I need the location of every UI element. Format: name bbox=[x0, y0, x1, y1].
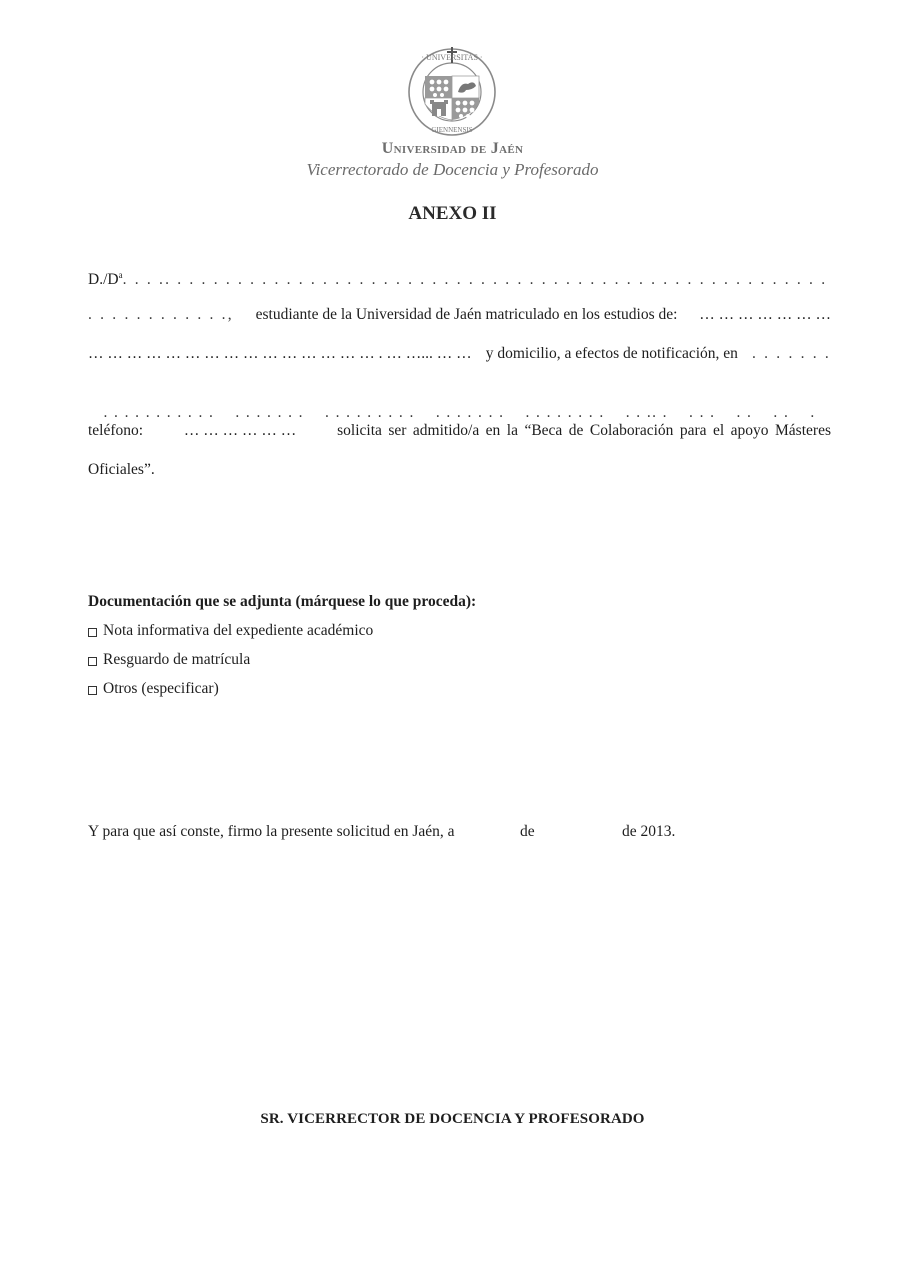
phone-label: teléfono: bbox=[88, 421, 143, 441]
doc-item-academic-record[interactable]: Nota informativa del expediente académic… bbox=[88, 622, 373, 640]
department-name: Vicerrectorado de Docencia y Profesorado bbox=[0, 160, 905, 180]
studies-label: estudiante de la Universidad de Jaén mat… bbox=[256, 305, 678, 325]
studies-field[interactable]: … … … … … … … bbox=[699, 305, 831, 325]
checkbox[interactable] bbox=[88, 686, 97, 695]
form-line-phone: teléfono: … … … … … … solicita ser admit… bbox=[88, 421, 831, 441]
address-field-continued[interactable]: . . . . . . . . . . . . . . . . . . . . … bbox=[104, 403, 832, 423]
signature-de: de bbox=[520, 823, 535, 841]
name-field[interactable]: . . . .. . . . . . . . . . . . . . . . .… bbox=[123, 270, 831, 290]
month-field[interactable] bbox=[543, 823, 618, 841]
request-text-end: Oficiales”. bbox=[88, 461, 155, 478]
form-line-end: Oficiales”. bbox=[88, 460, 831, 480]
day-field[interactable] bbox=[488, 823, 516, 841]
phone-field[interactable]: … … … … … … bbox=[184, 421, 296, 441]
doc-item-enrollment-receipt[interactable]: Resguardo de matrícula bbox=[88, 651, 250, 669]
dni-field-continued[interactable]: . . . . . . . . . . . ., bbox=[88, 305, 234, 325]
documentation-heading: Documentación que se adjunta (márquese l… bbox=[88, 593, 476, 611]
recipient: SR. VICERRECTOR DE DOCENCIA Y PROFESORAD… bbox=[0, 1111, 905, 1128]
svg-text:· UNIVERSITAS ·: · UNIVERSITAS · bbox=[421, 53, 482, 62]
address-label: y domicilio, a efectos de notificación, … bbox=[486, 344, 738, 364]
studies-field-continued[interactable]: … … … … … … … … … … … … … … … . … …... …… bbox=[88, 344, 472, 364]
signature-year: de 2013. bbox=[622, 823, 675, 841]
doc-item-label: Otros (especificar) bbox=[103, 680, 219, 698]
page-title: ANEXO II bbox=[0, 203, 905, 225]
name-prefix: D./D bbox=[88, 271, 119, 288]
university-name: Universidad de Jaén bbox=[0, 140, 905, 158]
checkbox[interactable] bbox=[88, 628, 97, 637]
form-line-address: … … … … … … … … … … … … … … … . … …... …… bbox=[88, 344, 831, 364]
university-seal-icon: · UNIVERSITAS · GIENNENSIS bbox=[406, 46, 498, 138]
checkbox[interactable] bbox=[88, 657, 97, 666]
form-line-studies: . . . . . . . . . . . ., estudiante de l… bbox=[88, 305, 831, 325]
signature-text: Y para que así conste, firmo la presente… bbox=[88, 823, 455, 841]
doc-item-label: Nota informativa del expediente académic… bbox=[103, 622, 373, 640]
form-line-name: D./Da. . . .. . . . . . . . . . . . . . … bbox=[88, 265, 831, 290]
svg-text:GIENNENSIS: GIENNENSIS bbox=[431, 126, 472, 134]
request-text: solicita ser admitido/a en la “Beca de C… bbox=[337, 421, 831, 441]
document-page: · UNIVERSITAS · GIENNENSIS Universidad d… bbox=[0, 0, 905, 1280]
doc-item-others[interactable]: Otros (especificar) bbox=[88, 680, 219, 698]
address-field[interactable]: . . . . . . . bbox=[752, 344, 831, 364]
doc-item-label: Resguardo de matrícula bbox=[103, 651, 250, 669]
